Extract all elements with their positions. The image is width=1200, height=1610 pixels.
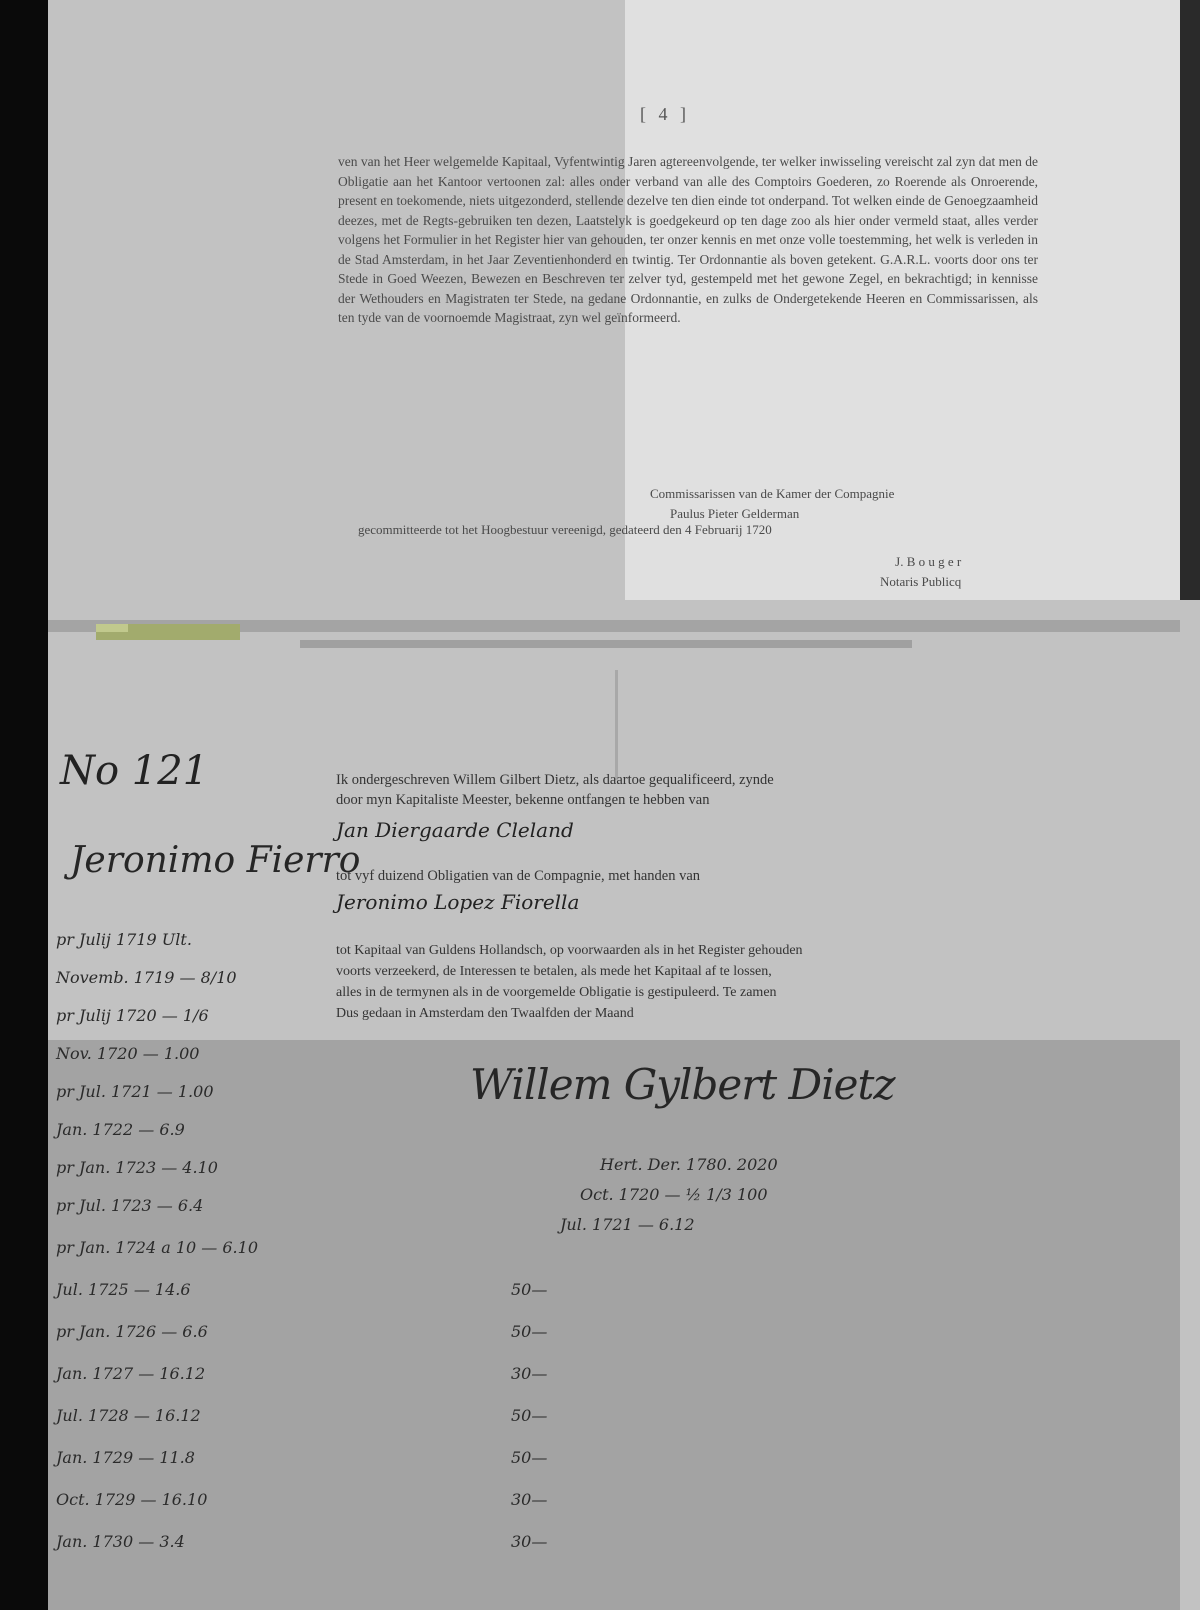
ledger-row: Oct. 1729 — 16.10 — [56, 1490, 207, 1509]
ledger-row: Jan. 1727 — 16.12 — [56, 1364, 205, 1383]
holder-name-handwritten: Jeronimo Fierro — [70, 840, 360, 881]
ledger-amount: 50— — [511, 1322, 547, 1341]
paragraph-text: ven van het Heer welgemelde Kapitaal, Vy… — [338, 152, 1038, 328]
ledger-row: pr Jan. 1724 a 10 — 6.10 — [56, 1238, 258, 1257]
ledger-amount: 30— — [511, 1490, 547, 1509]
ledger-amount: 50— — [511, 1280, 547, 1299]
handwritten-fill-1: Jan Diergaarde Cleland — [336, 818, 574, 842]
page-shadow — [48, 1040, 1180, 1610]
ledger-row: pr Jul. 1721 — 1.00 — [56, 1082, 214, 1101]
form-line-3: tot vyf duizend Obligatien van de Compag… — [336, 866, 1066, 886]
signature: Willem Gylbert Dietz — [470, 1060, 895, 1109]
form-line-1: Ik ondergeschreven Willem Gilbert Dietz,… — [336, 770, 1066, 790]
committee-line: gecommitteerde tot het Hoogbestuur veree… — [358, 522, 1038, 538]
annotation-3: Jul. 1721 — 6.12 — [560, 1210, 778, 1240]
printed-paragraph: ven van het Heer welgemelde Kapitaal, Vy… — [338, 152, 1038, 328]
ledger-row: pr Julij 1719 Ult. — [56, 930, 192, 949]
interest-annotations: Hert. Der. 1780. 2020 Oct. 1720 — ½ 1/3 … — [560, 1150, 778, 1240]
ledger-row: Jan. 1722 — 6.9 — [56, 1120, 185, 1139]
form-line-6: alles in de termynen als in de voorgemel… — [336, 982, 1066, 1003]
ledger-amount: 30— — [511, 1532, 547, 1551]
ledger-row: pr Jan. 1723 — 4.10 — [56, 1158, 218, 1177]
form-line-4: tot Kapitaal van Guldens Hollandsch, op … — [336, 940, 1066, 961]
ledger-amount: 50— — [511, 1406, 547, 1425]
bond-form-lower: tot Kapitaal van Guldens Hollandsch, op … — [336, 940, 1066, 1024]
annotation-1: Hert. Der. 1780. 2020 — [560, 1150, 778, 1180]
bond-form-text: Ik ondergeschreven Willem Gilbert Dietz,… — [336, 770, 1066, 810]
bond-form-text-2: tot vyf duizend Obligatien van de Compag… — [336, 866, 1066, 886]
form-line-2: door myn Kapitaliste Meester, bekenne on… — [336, 790, 1066, 810]
notary-block: J. B o u g e r Notaris Publicq — [880, 552, 961, 592]
ledger-row: Jul. 1728 — 16.12 — [56, 1406, 201, 1425]
ledger-row: pr Jul. 1723 — 6.4 — [56, 1196, 203, 1215]
fold-tape-highlight — [96, 624, 128, 632]
ledger-amount: 30— — [511, 1364, 547, 1383]
notary-title: Notaris Publicq — [880, 572, 961, 592]
signatory-1: Commissarissen van de Kamer der Compagni… — [650, 484, 894, 504]
form-line-5: voorts verzeekerd, de Interessen te beta… — [336, 961, 1066, 982]
handwritten-fill-2: Jeronimo Lopez Fiorella — [336, 890, 579, 914]
ledger-row: Jan. 1729 — 11.8 — [56, 1448, 195, 1467]
ledger-row: Jan. 1730 — 3.4 — [56, 1532, 185, 1551]
form-line-7: Dus gedaan in Amsterdam den Twaalfden de… — [336, 1003, 1066, 1024]
notary-name: J. B o u g e r — [880, 552, 961, 572]
fold-crease — [300, 640, 912, 648]
page-number: [ 4 ] — [640, 104, 690, 125]
signatory-2: Paulus Pieter Gelderman — [650, 504, 894, 524]
annotation-2: Oct. 1720 — ½ 1/3 100 — [560, 1180, 778, 1210]
ledger-row: pr Julij 1720 — 1/6 — [56, 1006, 209, 1025]
bond-number: No 121 — [60, 748, 208, 794]
crease-mark — [615, 670, 618, 780]
ledger-row: Jul. 1725 — 14.6 — [56, 1280, 191, 1299]
signatory-block: Commissarissen van de Kamer der Compagni… — [650, 484, 894, 524]
photo-background-right — [1180, 0, 1200, 600]
ledger-row: pr Jan. 1726 — 6.6 — [56, 1322, 208, 1341]
ledger-row: Novemb. 1719 — 8/10 — [56, 968, 237, 987]
photo-background-left — [0, 0, 48, 1610]
ledger-row: Nov. 1720 — 1.00 — [56, 1044, 199, 1063]
ledger-amount: 50— — [511, 1448, 547, 1467]
